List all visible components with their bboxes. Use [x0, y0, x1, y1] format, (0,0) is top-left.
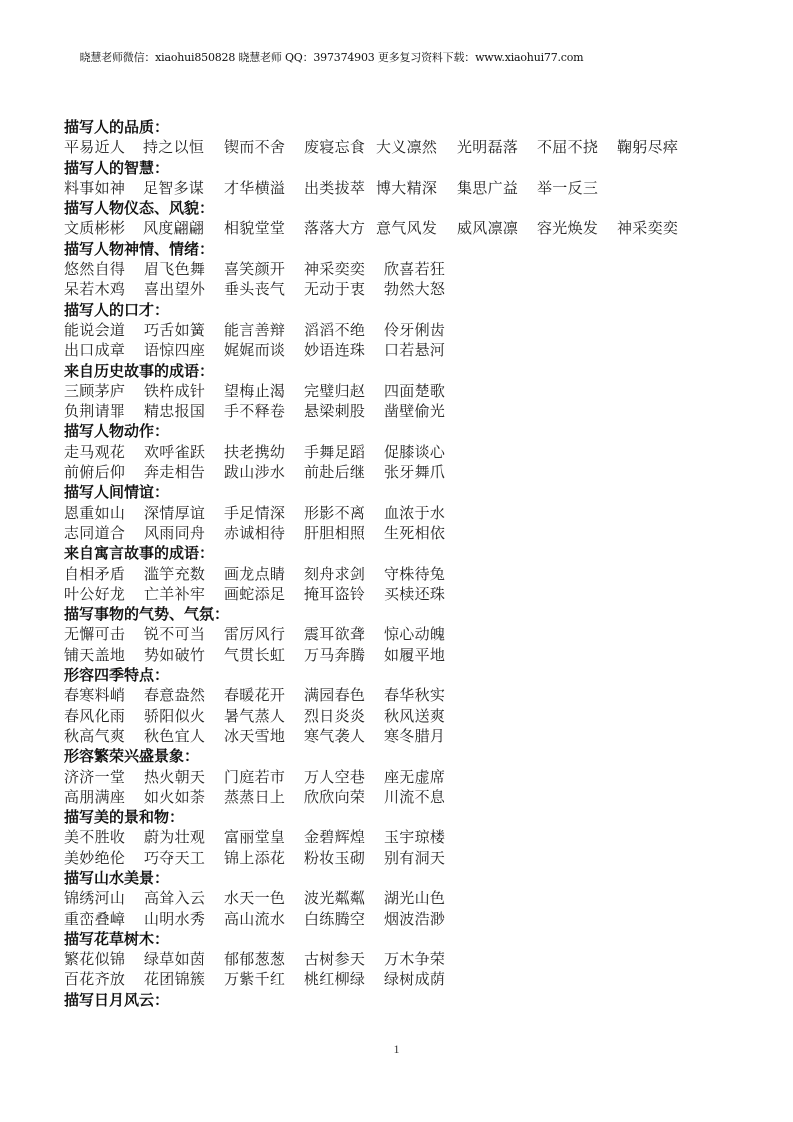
idiom: 重峦叠嶂 [64, 909, 125, 929]
idiom: 才华横溢 [224, 178, 285, 198]
idiom-row: 锦绣河山高耸入云水天一色波光粼粼湖光山色 [64, 888, 744, 908]
section-heading: 描写人间情谊： [64, 482, 744, 502]
idiom: 张牙舞爪 [384, 462, 445, 482]
idiom-row: 春风化雨骄阳似火暑气蒸人烈日炎炎秋风送爽 [64, 706, 744, 726]
section-heading: 来自寓言故事的成语： [64, 543, 744, 563]
idiom-row: 走马观花欢呼雀跃扶老携幼手舞足蹈促膝谈心 [64, 442, 744, 462]
idiom: 伶牙俐齿 [384, 320, 445, 340]
idiom: 雷厉风行 [224, 624, 285, 644]
idiom: 眉飞色舞 [144, 259, 205, 279]
idiom: 持之以恒 [143, 137, 204, 157]
idiom: 手不释卷 [224, 401, 285, 421]
idiom: 富丽堂皇 [224, 827, 285, 847]
idiom-row: 铺天盖地势如破竹气贯长虹万马奔腾如履平地 [64, 645, 744, 665]
section-heading: 描写人的智慧： [64, 158, 744, 178]
idiom: 秋色宜人 [144, 726, 205, 746]
section-heading: 描写人物仪态、风貌： [64, 198, 744, 218]
idiom: 手舞足蹈 [304, 442, 365, 462]
idiom: 欣喜若狂 [384, 259, 445, 279]
section-heading: 描写山水美景： [64, 868, 744, 888]
idiom: 蒸蒸日上 [224, 787, 285, 807]
idiom: 落落大方 [304, 218, 365, 238]
idiom: 自相矛盾 [64, 564, 125, 584]
idiom: 前赴后继 [304, 462, 365, 482]
idiom: 手足情深 [224, 503, 285, 523]
idiom: 别有洞天 [384, 848, 445, 868]
idiom: 神采奕奕 [617, 218, 678, 238]
idiom: 巧夺天工 [144, 848, 205, 868]
idiom: 金碧辉煌 [304, 827, 365, 847]
idiom: 意气风发 [376, 218, 437, 238]
idiom: 欢呼雀跃 [144, 442, 205, 462]
idiom: 滔滔不绝 [304, 320, 365, 340]
idiom-row: 百花齐放花团锦簇万紫千红桃红柳绿绿树成荫 [64, 969, 744, 989]
idiom: 秋风送爽 [384, 706, 445, 726]
idiom-row: 负荆请罪精忠报国手不释卷悬梁刺股凿壁偷光 [64, 401, 744, 421]
idiom: 精忠报国 [144, 401, 205, 421]
idiom: 悠然自得 [64, 259, 125, 279]
idiom: 气贯长虹 [224, 645, 285, 665]
idiom: 叶公好龙 [64, 584, 125, 604]
idiom: 古树参天 [304, 949, 365, 969]
idiom-row: 平易近人持之以恒锲而不舍废寝忘食大义凛然光明磊落不屈不挠鞠躬尽瘁 [64, 137, 744, 157]
idiom: 势如破竹 [144, 645, 205, 665]
idiom: 喜出望外 [144, 279, 205, 299]
idiom: 山明水秀 [144, 909, 205, 929]
idiom-row: 文质彬彬风度翩翩相貌堂堂落落大方意气风发威风凛凛容光焕发神采奕奕 [64, 218, 744, 238]
idiom: 威风凛凛 [457, 218, 518, 238]
idiom: 举一反三 [537, 178, 598, 198]
idiom: 惊心动魄 [384, 624, 445, 644]
idiom: 前俯后仰 [64, 462, 125, 482]
idiom: 奔走相告 [144, 462, 205, 482]
idiom: 跋山涉水 [224, 462, 285, 482]
idiom: 望梅止渴 [224, 381, 285, 401]
idiom-row: 无懈可击锐不可当雷厉风行震耳欲聋惊心动魄 [64, 624, 744, 644]
page-header: 晓慧老师微信：xiaohui850828 晓慧老师 QQ：397374903 更… [0, 49, 793, 65]
idiom: 语惊四座 [144, 340, 205, 360]
idiom: 鞠躬尽瘁 [617, 137, 678, 157]
idiom: 美不胜收 [64, 827, 125, 847]
idiom: 凿壁偷光 [384, 401, 445, 421]
idiom: 秋高气爽 [64, 726, 125, 746]
idiom: 相貌堂堂 [224, 218, 285, 238]
idiom: 寒气袭人 [304, 726, 365, 746]
idiom: 百花齐放 [64, 969, 125, 989]
idiom: 白练腾空 [304, 909, 365, 929]
idiom: 春意盎然 [144, 685, 205, 705]
idiom: 湖光山色 [384, 888, 445, 908]
idiom: 悬梁刺股 [304, 401, 365, 421]
idiom: 如火如荼 [144, 787, 205, 807]
header-text: 晓慧老师微信：xiaohui850828 晓慧老师 QQ：397374903 更… [80, 49, 584, 65]
idiom: 娓娓而谈 [224, 340, 285, 360]
idiom: 三顾茅庐 [64, 381, 125, 401]
idiom: 画蛇添足 [224, 584, 285, 604]
idiom: 博大精深 [376, 178, 437, 198]
idiom: 亡羊补牢 [144, 584, 205, 604]
idiom: 春风化雨 [64, 706, 125, 726]
idiom: 扶老携幼 [224, 442, 285, 462]
idiom: 济济一堂 [64, 767, 125, 787]
section-heading: 来自历史故事的成语： [64, 361, 744, 381]
section-heading: 形容繁荣兴盛景象： [64, 746, 744, 766]
idiom-row: 料事如神足智多谋才华横溢出类拔萃博大精深集思广益举一反三 [64, 178, 744, 198]
idiom: 画龙点睛 [224, 564, 285, 584]
idiom: 废寝忘食 [304, 137, 365, 157]
idiom: 守株待兔 [384, 564, 445, 584]
idiom-row: 美不胜收蔚为壮观富丽堂皇金碧辉煌玉宇琼楼 [64, 827, 744, 847]
idiom: 神采奕奕 [304, 259, 365, 279]
idiom: 蔚为壮观 [144, 827, 205, 847]
section-heading: 描写人的口才： [64, 300, 744, 320]
idiom: 容光焕发 [537, 218, 598, 238]
idiom: 高朋满座 [64, 787, 125, 807]
idiom-row: 高朋满座如火如荼蒸蒸日上欣欣向荣川流不息 [64, 787, 744, 807]
idiom: 文质彬彬 [64, 218, 125, 238]
idiom: 集思广益 [457, 178, 518, 198]
idiom: 呆若木鸡 [64, 279, 125, 299]
idiom: 平易近人 [64, 137, 125, 157]
idiom: 恩重如山 [64, 503, 125, 523]
idiom: 如履平地 [384, 645, 445, 665]
idiom: 出类拔萃 [304, 178, 365, 198]
idiom: 锦上添花 [224, 848, 285, 868]
idiom: 川流不息 [384, 787, 445, 807]
idiom: 水天一色 [224, 888, 285, 908]
idiom: 玉宇琼楼 [384, 827, 445, 847]
idiom: 出口成章 [64, 340, 125, 360]
idiom-row: 志同道合风雨同舟赤诚相待肝胆相照生死相依 [64, 523, 744, 543]
idiom: 负荆请罪 [64, 401, 125, 421]
idiom: 风度翩翩 [143, 218, 204, 238]
section-heading: 描写人物动作： [64, 421, 744, 441]
idiom: 铁杵成针 [144, 381, 205, 401]
idiom-row: 济济一堂热火朝天门庭若市万人空巷座无虚席 [64, 767, 744, 787]
idiom-row: 出口成章语惊四座娓娓而谈妙语连珠口若悬河 [64, 340, 744, 360]
section-heading: 描写美的景和物： [64, 807, 744, 827]
idiom: 暑气蒸人 [224, 706, 285, 726]
idiom: 生死相依 [384, 523, 445, 543]
idiom: 春暖花开 [224, 685, 285, 705]
idiom: 足智多谋 [143, 178, 204, 198]
idiom: 寒冬腊月 [384, 726, 445, 746]
idiom: 肝胆相照 [304, 523, 365, 543]
idiom-row: 前俯后仰奔走相告跋山涉水前赴后继张牙舞爪 [64, 462, 744, 482]
idiom: 妙语连珠 [304, 340, 365, 360]
idiom: 无动于衷 [304, 279, 365, 299]
idiom: 刻舟求剑 [304, 564, 365, 584]
idiom-row: 春寒料峭春意盎然春暖花开满园春色春华秋实 [64, 685, 744, 705]
idiom: 大义凛然 [376, 137, 437, 157]
idiom: 高山流水 [224, 909, 285, 929]
idiom-row: 繁花似锦绿草如茵郁郁葱葱古树参天万木争荣 [64, 949, 744, 969]
idiom: 绿树成荫 [384, 969, 445, 989]
idiom: 座无虚席 [384, 767, 445, 787]
idiom: 欣欣向荣 [304, 787, 365, 807]
idiom: 万人空巷 [304, 767, 365, 787]
idiom-row: 恩重如山深情厚谊手足情深形影不离血浓于水 [64, 503, 744, 523]
idiom-row: 呆若木鸡喜出望外垂头丧气无动于衷勃然大怒 [64, 279, 744, 299]
page-number: 1 [0, 1042, 793, 1057]
idiom: 万马奔腾 [304, 645, 365, 665]
idiom: 万木争荣 [384, 949, 445, 969]
idiom-row: 三顾茅庐铁杵成针望梅止渴完璧归赵四面楚歌 [64, 381, 744, 401]
idiom: 门庭若市 [224, 767, 285, 787]
idiom: 桃红柳绿 [304, 969, 365, 989]
section-heading: 描写人的品质： [64, 117, 744, 137]
idiom: 走马观花 [64, 442, 125, 462]
idiom: 粉妆玉砌 [304, 848, 365, 868]
idiom: 繁花似锦 [64, 949, 125, 969]
idiom: 口若悬河 [384, 340, 445, 360]
idiom: 波光粼粼 [304, 888, 365, 908]
idiom: 风雨同舟 [144, 523, 205, 543]
idiom: 能说会道 [64, 320, 125, 340]
idiom: 烟波浩渺 [384, 909, 445, 929]
idiom: 美妙绝伦 [64, 848, 125, 868]
idiom: 铺天盖地 [64, 645, 125, 665]
idiom: 喜笑颜开 [224, 259, 285, 279]
idiom: 血浓于水 [384, 503, 445, 523]
idiom: 赤诚相待 [224, 523, 285, 543]
section-heading: 描写事物的气势、气氛： [64, 604, 744, 624]
idiom: 勃然大怒 [384, 279, 445, 299]
idiom: 万紫千红 [224, 969, 285, 989]
idiom: 深情厚谊 [144, 503, 205, 523]
idiom-row: 能说会道巧舌如簧能言善辩滔滔不绝伶牙俐齿 [64, 320, 744, 340]
idiom: 料事如神 [64, 178, 125, 198]
idiom: 买椟还珠 [384, 584, 445, 604]
section-heading: 描写人物神情、情绪： [64, 239, 744, 259]
idiom: 锦绣河山 [64, 888, 125, 908]
section-heading: 描写日月风云： [64, 990, 744, 1010]
idiom: 花团锦簇 [144, 969, 205, 989]
idiom-row: 美妙绝伦巧夺天工锦上添花粉妆玉砌别有洞天 [64, 848, 744, 868]
idiom: 高耸入云 [144, 888, 205, 908]
idiom: 四面楚歌 [384, 381, 445, 401]
idiom: 烈日炎炎 [304, 706, 365, 726]
idiom: 冰天雪地 [224, 726, 285, 746]
idiom: 不屈不挠 [537, 137, 598, 157]
idiom-row: 重峦叠嶂山明水秀高山流水白练腾空烟波浩渺 [64, 909, 744, 929]
idiom: 满园春色 [304, 685, 365, 705]
section-heading: 形容四季特点： [64, 665, 744, 685]
idiom: 滥竽充数 [144, 564, 205, 584]
section-heading: 描写花草树木： [64, 929, 744, 949]
idiom-row: 叶公好龙亡羊补牢画蛇添足掩耳盗铃买椟还珠 [64, 584, 744, 604]
idiom: 能言善辩 [224, 320, 285, 340]
idiom: 光明磊落 [457, 137, 518, 157]
idiom: 完璧归赵 [304, 381, 365, 401]
idiom: 震耳欲聋 [304, 624, 365, 644]
idiom: 热火朝天 [144, 767, 205, 787]
idiom: 骄阳似火 [144, 706, 205, 726]
idiom: 形影不离 [304, 503, 365, 523]
idiom: 垂头丧气 [224, 279, 285, 299]
idiom: 绿草如茵 [144, 949, 205, 969]
idiom-row: 自相矛盾滥竽充数画龙点睛刻舟求剑守株待兔 [64, 564, 744, 584]
idiom: 掩耳盗铃 [304, 584, 365, 604]
idiom: 促膝谈心 [384, 442, 445, 462]
document-body: 描写人的品质：平易近人持之以恒锲而不舍废寝忘食大义凛然光明磊落不屈不挠鞠躬尽瘁描… [64, 117, 744, 1010]
idiom: 郁郁葱葱 [224, 949, 285, 969]
idiom: 志同道合 [64, 523, 125, 543]
idiom-row: 秋高气爽秋色宜人冰天雪地寒气袭人寒冬腊月 [64, 726, 744, 746]
idiom: 无懈可击 [64, 624, 125, 644]
idiom: 巧舌如簧 [144, 320, 205, 340]
idiom-row: 悠然自得眉飞色舞喜笑颜开神采奕奕欣喜若狂 [64, 259, 744, 279]
idiom: 锐不可当 [144, 624, 205, 644]
idiom: 春华秋实 [384, 685, 445, 705]
idiom: 锲而不舍 [224, 137, 285, 157]
idiom: 春寒料峭 [64, 685, 125, 705]
